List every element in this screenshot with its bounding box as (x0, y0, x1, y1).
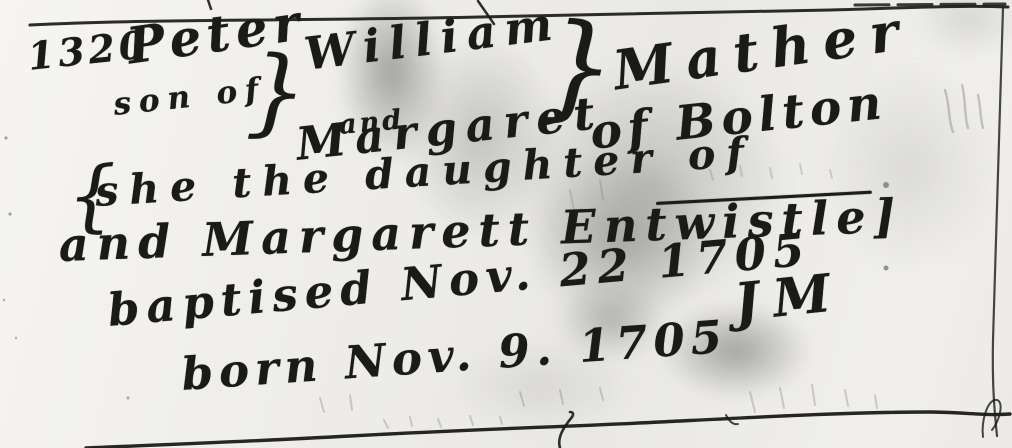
next-entry-stroke (559, 412, 573, 448)
bottom-rule-line (86, 412, 1010, 448)
ink-stain (798, 35, 1012, 300)
relation-label: son of (112, 74, 268, 121)
next-entry-stroke (726, 415, 738, 424)
officiant-initials: JM (732, 266, 847, 329)
register-page: 1320 Peter son of } William and Margaret… (0, 0, 1012, 448)
birth-date-line: born Nov. 9. 1705 (180, 314, 729, 397)
father-name: William (302, 1, 563, 77)
right-margin-line (993, 8, 1003, 436)
margin-hook-stroke (983, 400, 1001, 437)
